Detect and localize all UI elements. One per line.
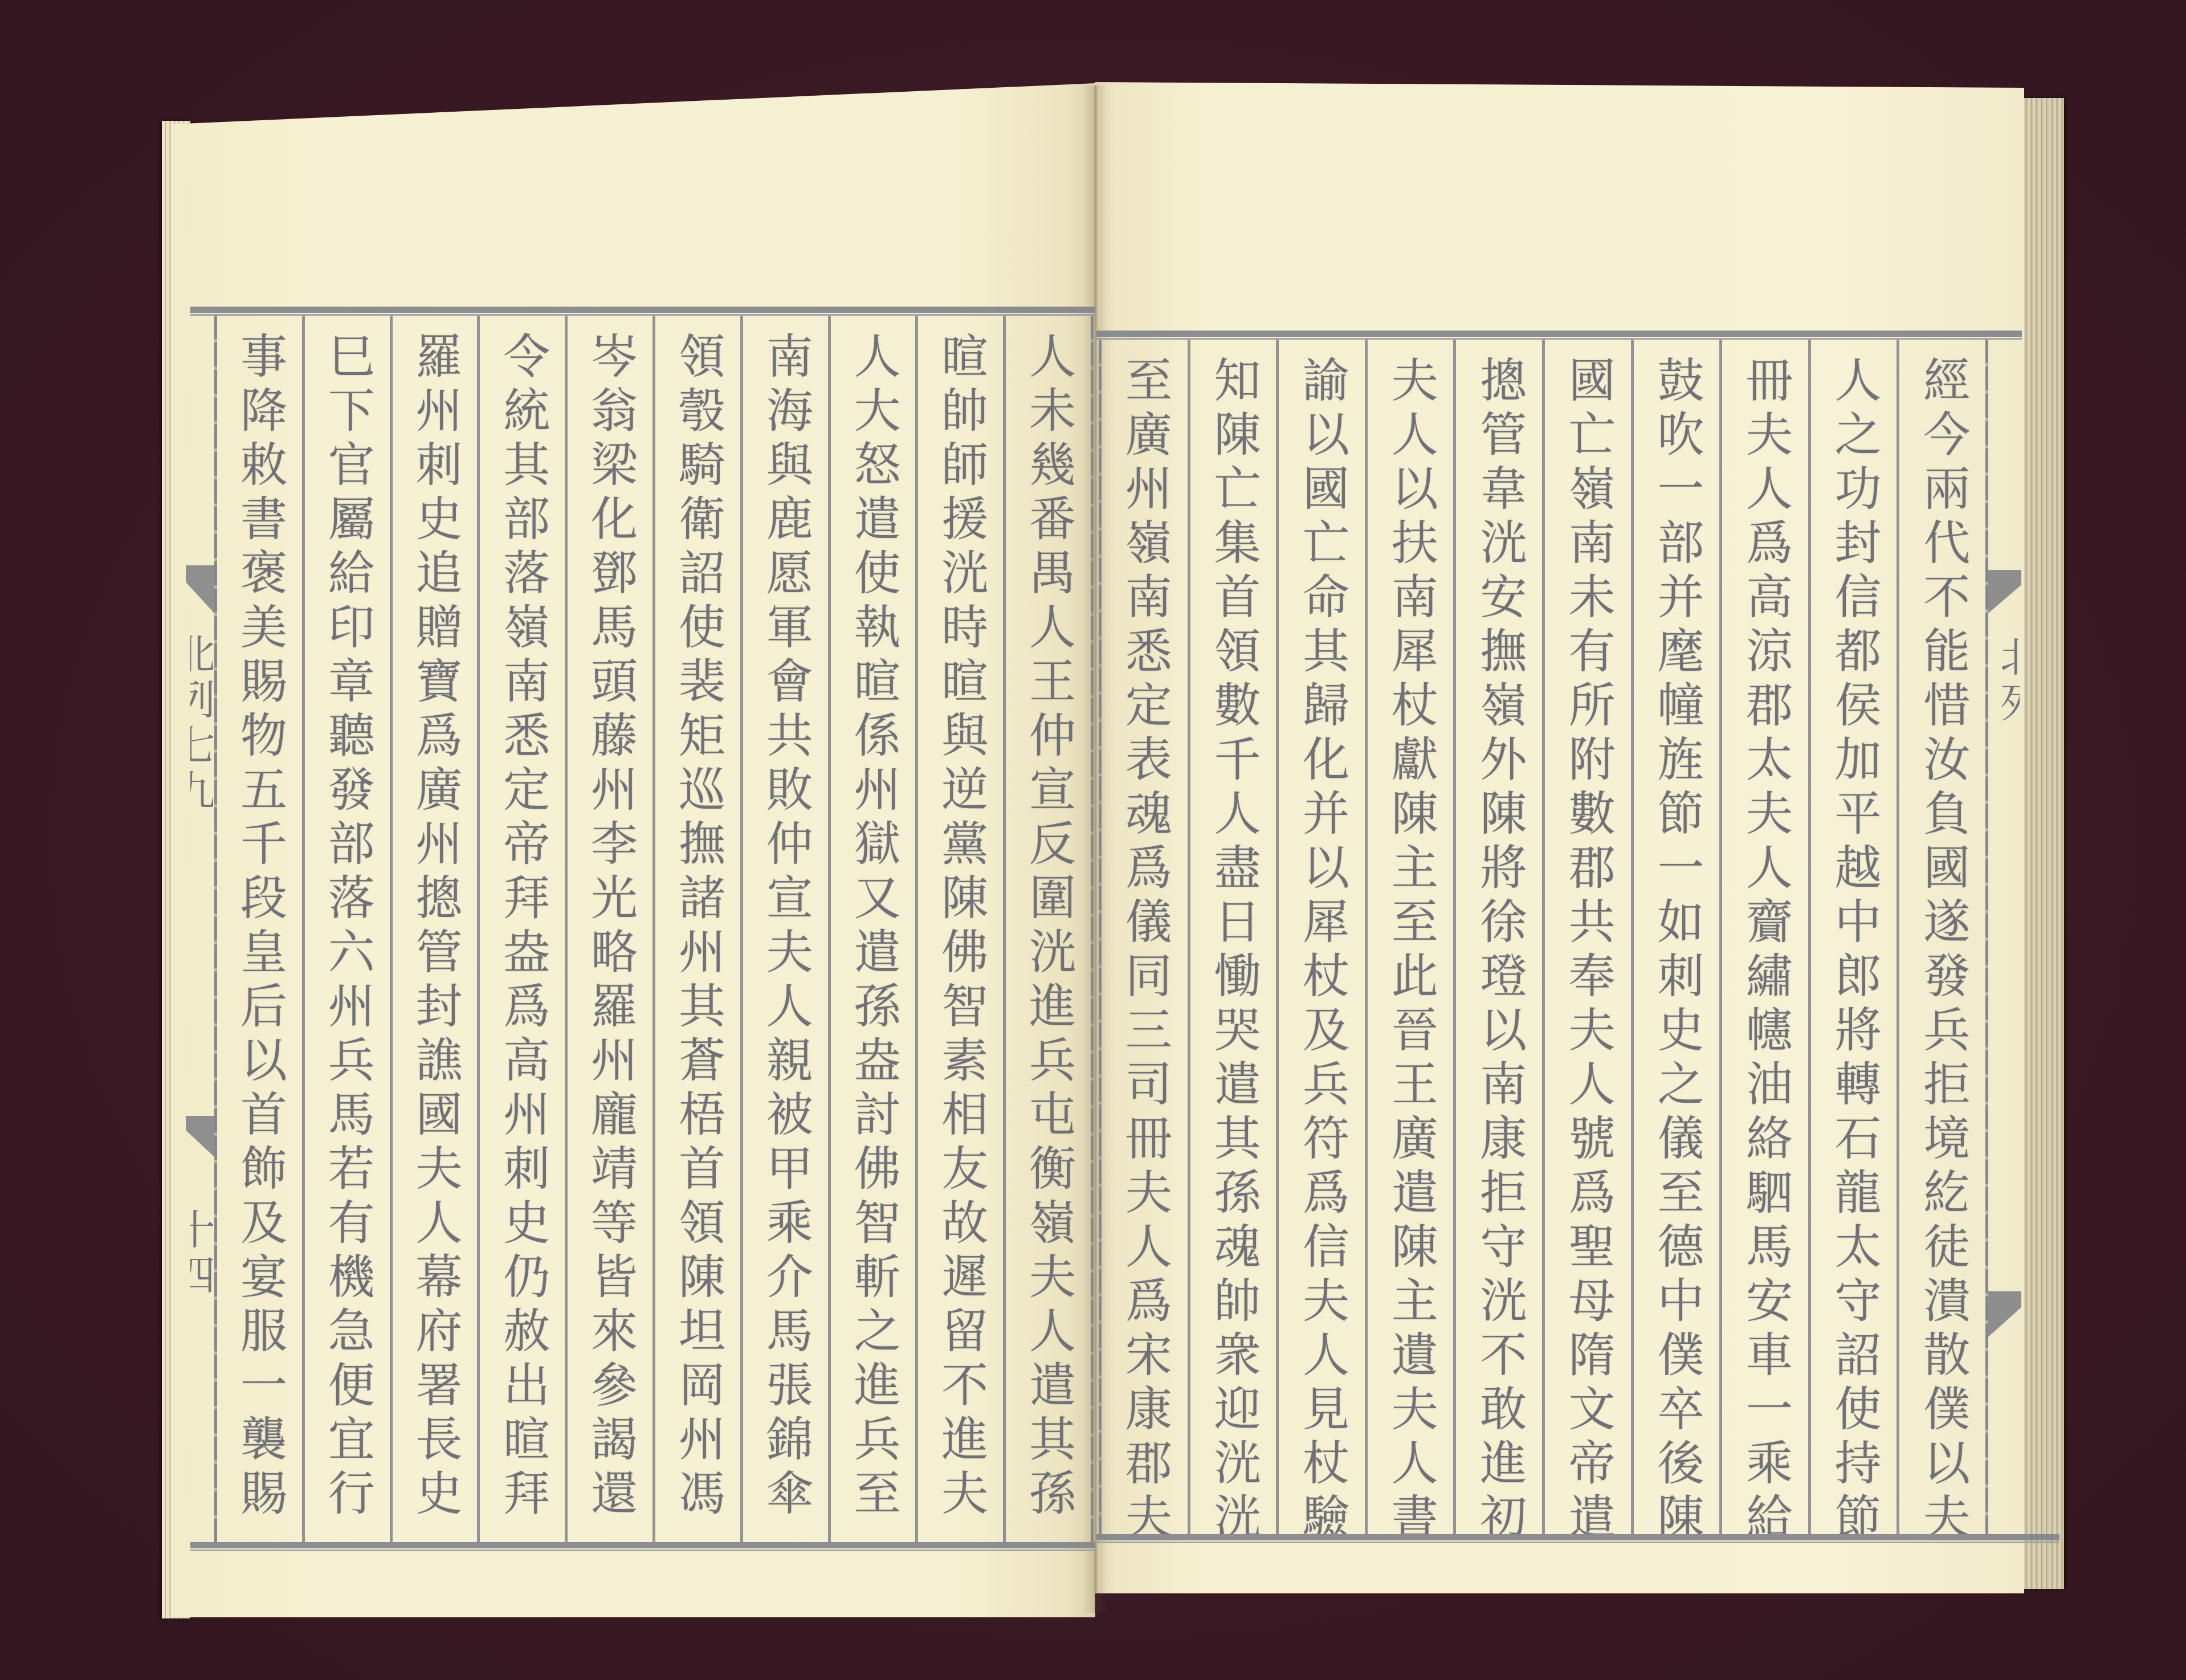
column-text: 事降敕書褒美賜物五千段皇后以首飾及宴服一襲賜 — [236, 332, 283, 1523]
text-column: 摠管韋洸安撫嶺外陳將徐璒以南康拒守洸不敢進初 — [1453, 340, 1542, 1534]
page-number-text: 十四 — [190, 1208, 212, 1299]
column-text: 諭以國亡命其歸化并以犀杖及兵符爲信夫人見杖驗 — [1299, 356, 1345, 1534]
column-text: 至廣州嶺南悉定表魂爲儀同三司冊夫人爲宋康郡夫 — [1121, 356, 1168, 1534]
left-frame-top-rule — [190, 307, 1095, 316]
right-page-stack-edge — [2023, 98, 2064, 1589]
text-column: 鼓吹一部并麾幢旌節一如刺史之儀至德中僕卒後陳 — [1631, 340, 1720, 1534]
right-frame-bottom-rule — [1096, 1534, 2059, 1543]
page-number: 十四 — [190, 1208, 213, 1305]
column-text: 暄帥師援洸時暄與逆黨陳佛智素相友故遲留不進夫 — [937, 332, 984, 1523]
column-text: 羅州刺史追贈寶爲廣州摠管封譙國夫人幕府署長史 — [411, 332, 458, 1523]
text-column: 岑翁梁化鄧馬頭藤州李光略羅州龐靖等皆來參謁還 — [565, 316, 652, 1542]
text-column: 暄帥師援洸時暄與逆黨陳佛智素相友故遲留不進夫 — [915, 316, 1003, 1542]
margin-label: 北列 — [1995, 635, 2020, 761]
text-column: 至廣州嶺南悉定表魂爲儀同三司冊夫人爲宋康郡夫 — [1102, 340, 1188, 1534]
column-text: 夫人以扶南犀杖獻陳主至此晉王廣遣陳主遺夫人書 — [1387, 356, 1434, 1534]
margin-label-text: 北列 — [1997, 635, 2020, 727]
text-column: 人之功封信都侯加平越中郎將轉石龍太守詔使持節 — [1808, 340, 1897, 1534]
right-frame-edge-line — [1985, 340, 1988, 1534]
text-column: 事降敕書褒美賜物五千段皇后以首飾及宴服一襲賜 — [217, 316, 302, 1542]
left-page-text: 人未幾番禺人王仲宣反圍洸進兵屯衡嶺夫人遣其孫 暄帥師援洸時暄與逆黨陳佛智素相友故… — [217, 316, 1091, 1542]
column-text: 令統其部落嶺南悉定帝拜盎爲高州刺史仍赦出暄拜 — [499, 332, 546, 1523]
column-text: 領彀騎衛詔使裴矩巡撫諸州其蒼梧首領陳坦岡州馮 — [674, 332, 721, 1523]
column-text: 知陳亡集首領數千人盡日慟哭遣其孫魂帥衆迎洸洸 — [1210, 356, 1257, 1534]
text-column: 領彀騎衛詔使裴矩巡撫諸州其蒼梧首領陳坦岡州馮 — [652, 316, 740, 1542]
column-text: 鼓吹一部并麾幢旌節一如刺史之儀至德中僕卒後陳 — [1653, 356, 1700, 1534]
left-frame-bottom-rule — [190, 1542, 1095, 1551]
column-text: 人未幾番禺人王仲宣反圍洸進兵屯衡嶺夫人遣其孫 — [1025, 332, 1072, 1523]
text-column: 夫人以扶南犀杖獻陳主至此晉王廣遣陳主遺夫人書 — [1365, 340, 1454, 1534]
text-column: 令統其部落嶺南悉定帝拜盎爲高州刺史仍赦出暄拜 — [477, 316, 565, 1542]
column-text: 冊夫人爲高涼郡太夫人齎繡幰油絡駟馬安車一乘給 — [1742, 356, 1789, 1534]
text-column: 諭以國亡命其歸化并以犀杖及兵符爲信夫人見杖驗 — [1276, 340, 1365, 1534]
text-column: 巳下官屬給印章聽發部落六州兵馬若有機急便宜行 — [302, 316, 390, 1542]
right-frame-top-rule — [1096, 331, 2022, 340]
column-text: 南海與鹿愿軍會共敗仲宣夫人親被甲乘介馬張錦傘 — [762, 332, 809, 1523]
left-frame-fold-line — [1091, 316, 1094, 1542]
text-column: 經今兩代不能惜汝負國遂發兵拒境紇徒潰散僕以夫 — [1897, 340, 1985, 1534]
column-text: 經今兩代不能惜汝負國遂發兵拒境紇徒潰散僕以夫 — [1919, 356, 1966, 1534]
text-column: 人大怒遣使執暄係州獄又遣孫盎討佛智斬之進兵至 — [828, 316, 916, 1542]
column-text: 人之功封信都侯加平越中郎將轉石龍太守詔使持節 — [1830, 356, 1877, 1534]
column-text: 岑翁梁化鄧馬頭藤州李光略羅州龐靖等皆來參謁還 — [587, 332, 634, 1523]
text-column: 羅州刺史追贈寶爲廣州摠管封譙國夫人幕府署長史 — [390, 316, 478, 1542]
text-column: 南海與鹿愿軍會共敗仲宣夫人親被甲乘介馬張錦傘 — [740, 316, 828, 1542]
margin-label: 北列七九 — [190, 633, 213, 826]
column-text: 摠管韋洸安撫嶺外陳將徐璒以南康拒守洸不敢進初 — [1476, 356, 1523, 1534]
column-text: 巳下官屬給印章聽發部落六州兵馬若有機急便宜行 — [324, 332, 370, 1523]
right-page-text: 經今兩代不能惜汝負國遂發兵拒境紇徒潰散僕以夫 人之功封信都侯加平越中郎將轉石龍太… — [1102, 340, 1985, 1534]
text-column: 國亡嶺南未有所附數郡共奉夫人號爲聖母隋文帝遣 — [1542, 340, 1631, 1534]
book-scan: 北列七九 十四 人未幾番禺人王仲宣反圍洸進兵屯衡嶺夫人遣其孫 暄帥師援洸時暄與逆… — [0, 0, 2186, 1680]
column-text: 人大怒遣使執暄係州獄又遣孫盎討佛智斬之進兵至 — [850, 332, 896, 1523]
text-column: 人未幾番禺人王仲宣反圍洸進兵屯衡嶺夫人遣其孫 — [1003, 316, 1091, 1542]
column-text: 國亡嶺南未有所附數郡共奉夫人號爲聖母隋文帝遣 — [1564, 356, 1611, 1534]
margin-label-text: 北列七九 — [190, 633, 212, 815]
text-column: 冊夫人爲高涼郡太夫人齎繡幰油絡駟馬安車一乘給 — [1719, 340, 1808, 1534]
text-column: 知陳亡集首領數千人盡日慟哭遣其孫魂帥衆迎洸洸 — [1188, 340, 1276, 1534]
